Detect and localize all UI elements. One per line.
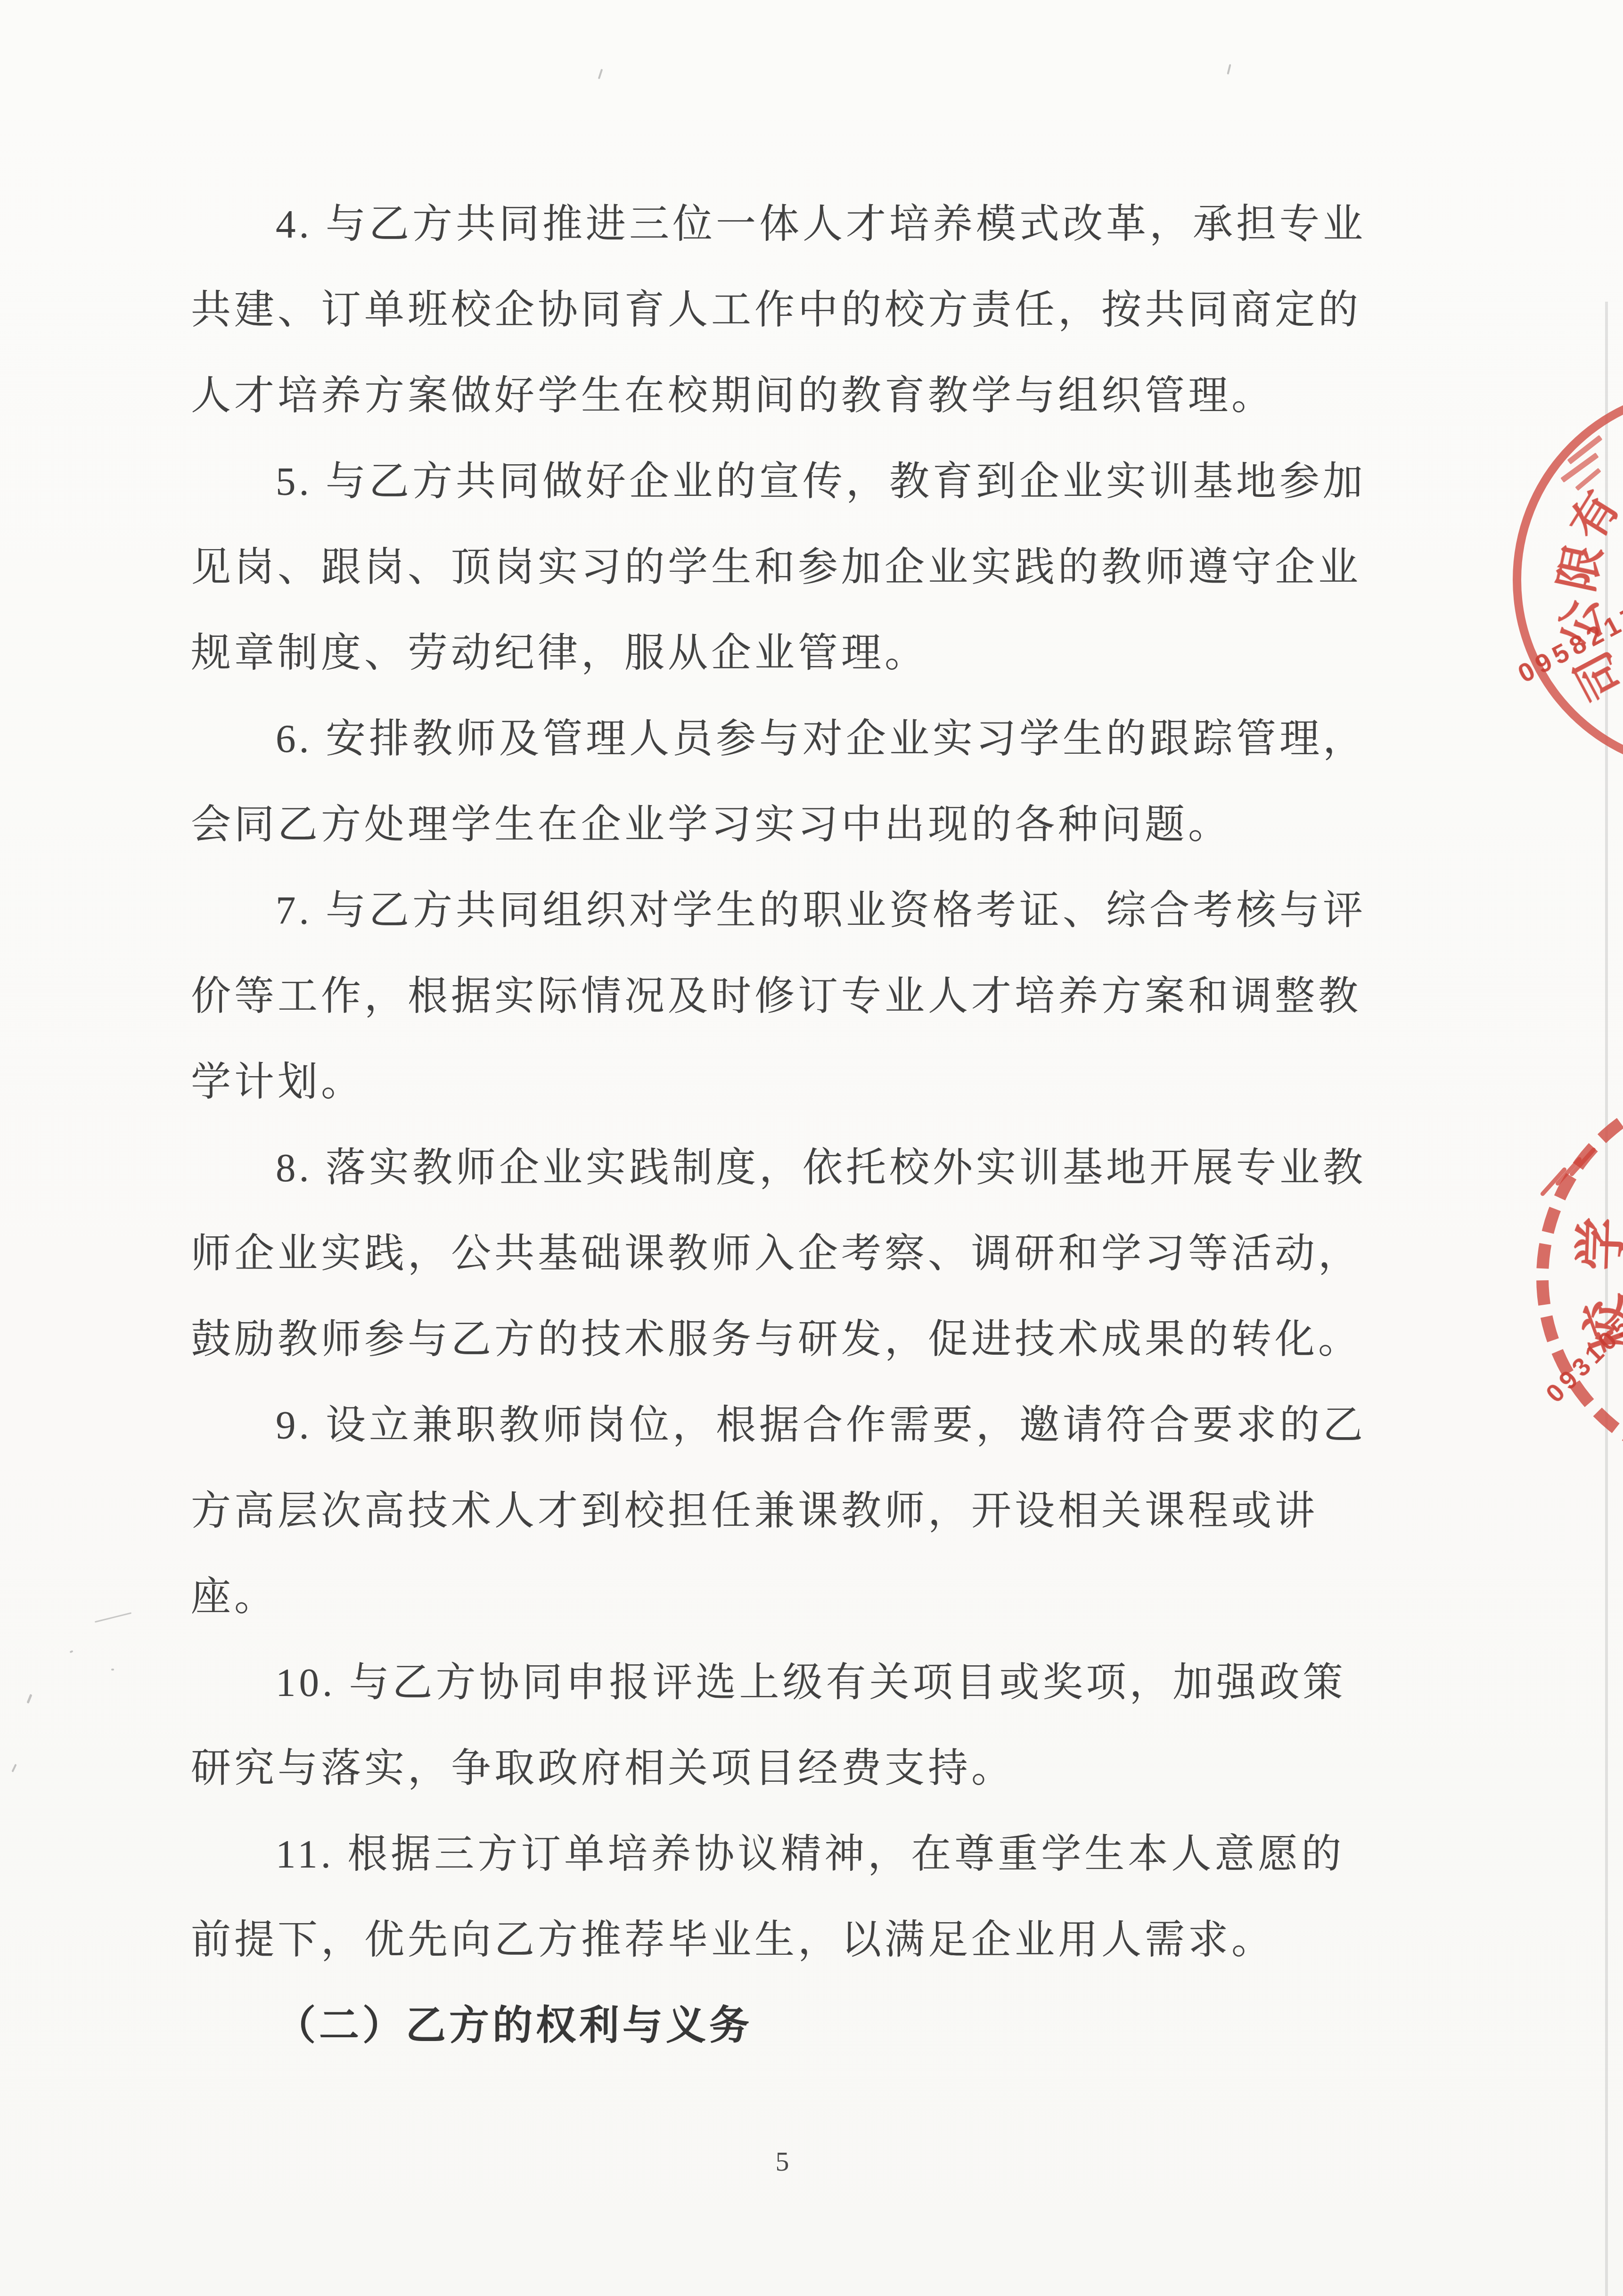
pencil-mark	[11, 1764, 16, 1772]
text-line: 7. 与乙方共同组织对学生的职业资格考证、综合考核与评	[191, 868, 1444, 954]
text-line: 5. 与乙方共同做好企业的宣传，教育到企业实训基地参加	[191, 439, 1444, 525]
section-heading: （二）乙方的权利与义务	[191, 1983, 1444, 2069]
text-line: 共建、订单班校企协同育人工作中的校方责任，按共同商定的	[191, 267, 1444, 353]
text-line: 前提下，优先向乙方推荐毕业生，以满足企业用人需求。	[191, 1897, 1444, 1983]
text-line: 见岗、跟岗、顶岗实习的学生和参加企业实践的教师遵守企业	[191, 525, 1444, 610]
text-line: 师企业实践，公共基础课教师入企考察、调研和学习等活动，	[191, 1211, 1444, 1297]
text-line: 方高层次高技术人才到校担任兼课教师，开设相关课程或讲	[191, 1468, 1444, 1554]
text-line: 人才培养方案做好学生在校期间的教育教学与组织管理。	[191, 353, 1444, 439]
page-number: 5	[768, 2146, 796, 2177]
text-line: 规章制度、劳动纪律，服从企业管理。	[191, 610, 1444, 696]
text-line: 6. 安排教师及管理人员参与对企业实习学生的跟踪管理，	[191, 696, 1444, 782]
text-line: 研究与落实，争取政府相关项目经费支持。	[191, 1726, 1444, 1811]
text-line: 11. 根据三方订单培养协议精神，在尊重学生本人意愿的	[191, 1811, 1444, 1897]
text-line: 会同乙方处理学生在企业学习实习中出现的各种问题。	[191, 782, 1444, 868]
text-line: 9. 设立兼职教师岗位，根据合作需要，邀请符合要求的乙	[191, 1383, 1444, 1468]
pencil-mark	[26, 1694, 32, 1703]
seal-character: 学	[1575, 1218, 1623, 1271]
text-line: 8. 落实教师企业实践制度，依托校外实训基地开展专业教	[191, 1125, 1444, 1211]
pencil-mark	[70, 1650, 74, 1653]
contract-scan-page: 4. 与乙方共同推进三位一体人才培养模式改革，承担专业 共建、订单班校企协同育人…	[0, 0, 1623, 2296]
text-line: 10. 与乙方协同申报评选上级有关项目或奖项，加强政策	[191, 1640, 1444, 1726]
text-line: 鼓励教师参与乙方的技术服务与研发，促进技术成果的转化。	[191, 1297, 1444, 1383]
text-line: 座。	[191, 1554, 1444, 1640]
seal-character: 限	[1550, 537, 1612, 599]
text-line: 学计划。	[191, 1039, 1444, 1125]
school-seal-ring	[1536, 1079, 1623, 1475]
pencil-mark	[1227, 64, 1231, 74]
pencil-mark	[111, 1669, 114, 1671]
text-line: 4. 与乙方共同推进三位一体人才培养模式改革，承担专业	[191, 181, 1444, 267]
text-line: 价等工作，根据实际情况及时修订专业人才培养方案和调整教	[191, 954, 1444, 1039]
pencil-mark	[95, 1612, 131, 1622]
body-text: 4. 与乙方共同推进三位一体人才培养模式改革，承担专业 共建、订单班校企协同育人…	[191, 181, 1444, 2069]
pencil-mark	[598, 69, 603, 79]
